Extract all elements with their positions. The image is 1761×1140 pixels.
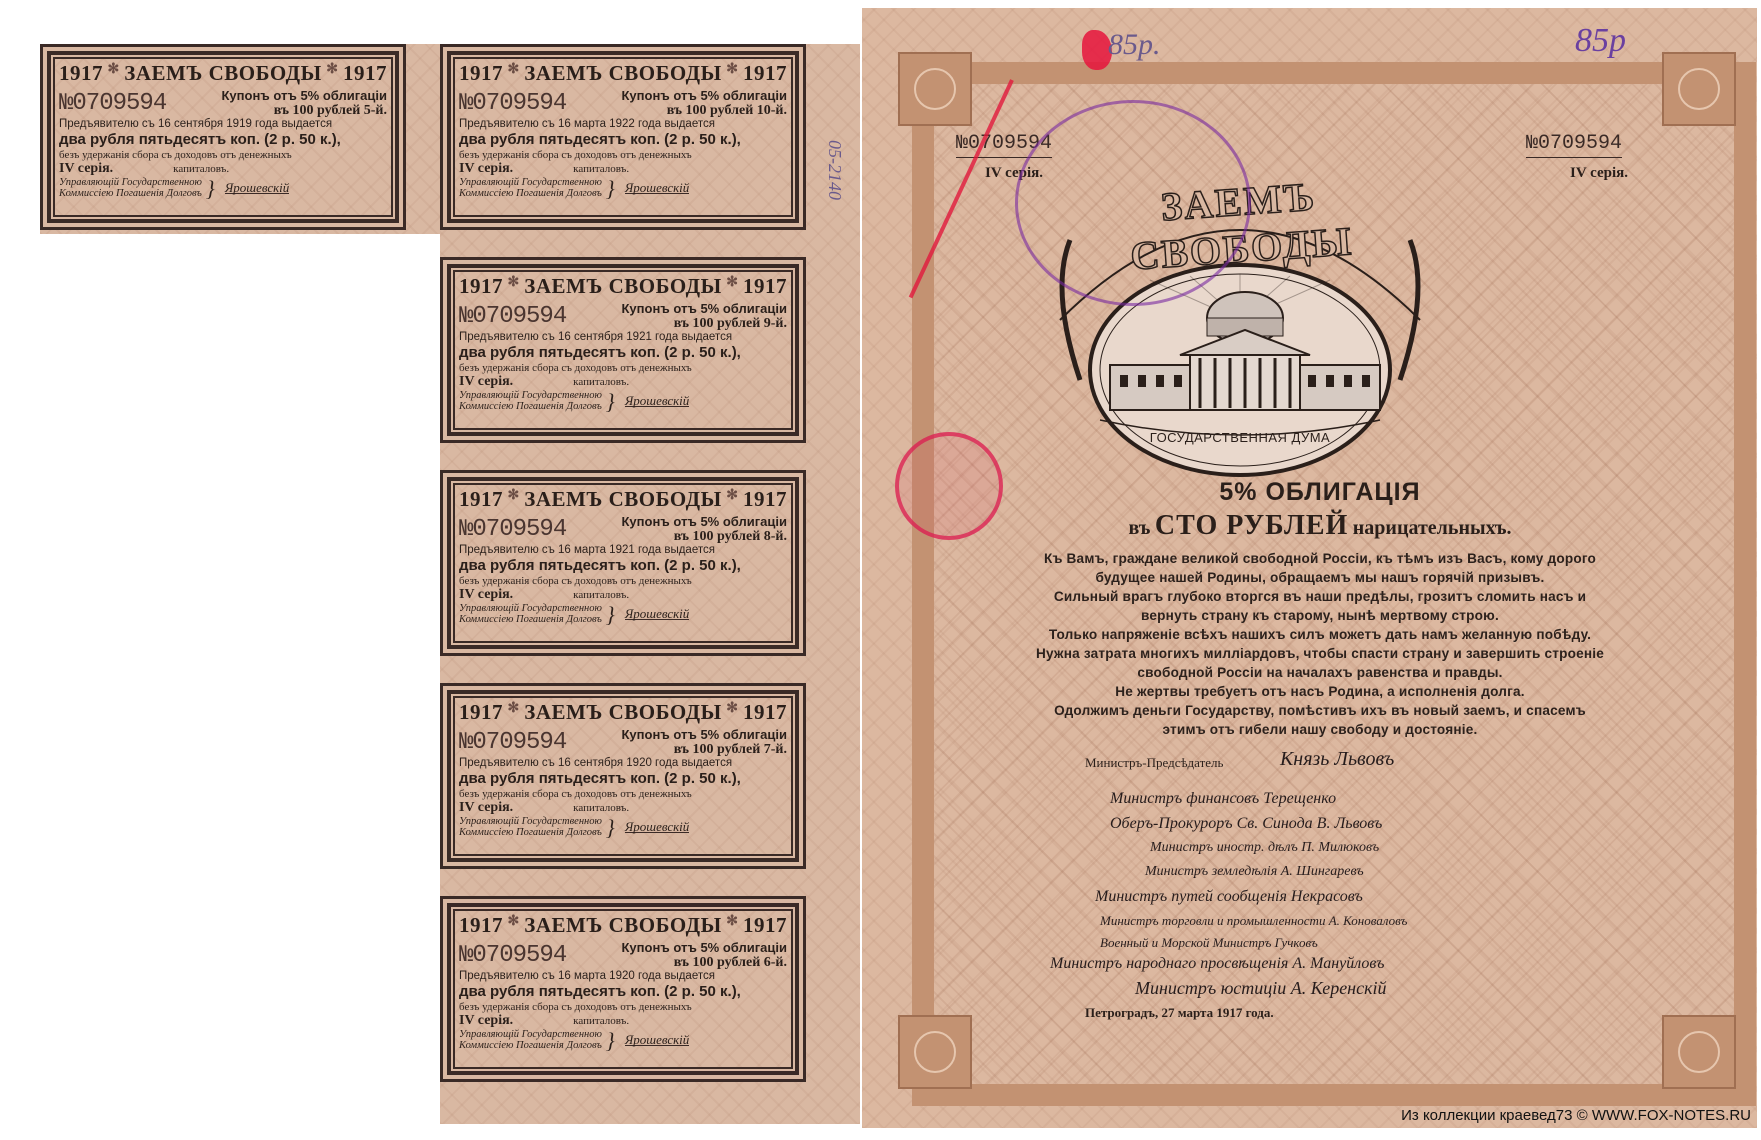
- coupon-loan-name: ЗАЕМЪ СВОБОДЫ: [524, 700, 722, 725]
- coupon-year: 1917: [459, 487, 503, 512]
- coupon-number-row: №0709594Купонъ отъ 5% облигаціивъ 100 ру…: [459, 301, 787, 331]
- red-seal-stamp: [895, 432, 1003, 540]
- coupon-body: 1917✻ЗАЕМЪ СВОБОДЫ✻1917№0709594Купонъ от…: [59, 61, 387, 213]
- minister-signature: Министръ путей сообщенія Некрасовъ: [1095, 888, 1363, 906]
- star-icon: ✻: [726, 274, 738, 299]
- coupon-loan-name: ЗАЕМЪ СВОБОДЫ: [524, 274, 722, 299]
- coupon-line: Купонъ отъ 5% облигаціи: [574, 301, 787, 316]
- pencil-side-mark: 05-2140: [824, 140, 845, 200]
- coupon-description: Купонъ отъ 5% облигаціивъ 100 рублей 7-й…: [574, 727, 787, 757]
- coupon: 1917✻ЗАЕМЪ СВОБОДЫ✻1917№0709594Купонъ от…: [40, 44, 406, 230]
- coupon-number-row: №0709594Купонъ отъ 5% облигаціивъ 100 ру…: [459, 88, 787, 118]
- frame-corner-ornament: [1662, 52, 1736, 126]
- coupon-line: Купонъ отъ 5% облигаціи: [574, 727, 787, 742]
- coupon: 1917✻ЗАЕМЪ СВОБОДЫ✻1917№0709594Купонъ от…: [440, 896, 806, 1082]
- star-icon: ✻: [726, 487, 738, 512]
- coupon-serial-number: №0709594: [59, 90, 166, 117]
- minister-signature: Министръ земледѣлія А. Шингаревъ: [1145, 864, 1364, 880]
- coupon-line: Купонъ отъ 5% облигаціи: [574, 88, 787, 103]
- coupon-manager: Управляющій ГосударственноюКоммиссіею По…: [459, 816, 787, 838]
- coupon-ordinal: въ 100 рублей 9-й.: [574, 316, 787, 331]
- chairman-signature: Князь Львовъ: [1280, 748, 1394, 771]
- coupon: 1917✻ЗАЕМЪ СВОБОДЫ✻1917№0709594Купонъ от…: [440, 257, 806, 443]
- coupon-serial-number: №0709594: [459, 942, 566, 969]
- star-icon: ✻: [508, 700, 520, 725]
- coupon-year: 1917: [743, 700, 787, 725]
- coupon-manager: Управляющій ГосударственноюКоммиссіею По…: [459, 390, 787, 412]
- coupon-serial-number: №0709594: [459, 90, 566, 117]
- coupon-tax-note: безъ удержанія сбора съ доходовъ отъ ден…: [459, 575, 787, 587]
- coupon-amount: два рубля пятьдесятъ коп. (2 р. 50 к.),: [459, 131, 787, 149]
- coupon-line: Купонъ отъ 5% облигаціи: [574, 514, 787, 529]
- coupon: 1917✻ЗАЕМЪ СВОБОДЫ✻1917№0709594Купонъ от…: [440, 470, 806, 656]
- brace-icon: }: [206, 183, 215, 194]
- coupon-body: 1917✻ЗАЕМЪ СВОБОДЫ✻1917№0709594Купонъ от…: [459, 700, 787, 852]
- coupon: 1917✻ЗАЕМЪ СВОБОДЫ✻1917№0709594Купонъ от…: [440, 44, 806, 230]
- coupon-year: 1917: [743, 913, 787, 938]
- brace-icon: }: [606, 183, 615, 194]
- coupon-description: Купонъ отъ 5% облигаціивъ 100 рублей 8-й…: [574, 514, 787, 544]
- manager-signature: Ярошевскій: [625, 821, 690, 833]
- minister-signature: Министръ юстиціи А. Керенскій: [1135, 978, 1387, 999]
- brace-icon: }: [606, 396, 615, 407]
- appeal-line: Нужна затрата многихъ милліардовъ, чтобы…: [935, 644, 1705, 663]
- denomination-main: СТО РУБЛЕЙ: [1155, 510, 1348, 541]
- coupon-description: Купонъ отъ 5% облигаціивъ 100 рублей 9-й…: [574, 301, 787, 331]
- coupon-year: 1917: [743, 61, 787, 86]
- coupon-year: 1917: [743, 487, 787, 512]
- coupon-serial-number: №0709594: [459, 729, 566, 756]
- appeal-line: этимъ отъ гибели нашу свободу и достояні…: [935, 720, 1705, 739]
- manager-title: Управляющій Государственною: [459, 1029, 602, 1040]
- coupon-description: Купонъ отъ 5% облигаціивъ 100 рублей 5-й…: [174, 88, 387, 118]
- pencil-price-mark: 85р.: [1108, 28, 1161, 62]
- star-icon: ✻: [726, 61, 738, 86]
- coupon-loan-name: ЗАЕМЪ СВОБОДЫ: [524, 913, 722, 938]
- coupon-ordinal: въ 100 рублей 7-й.: [574, 742, 787, 757]
- coupon-description: Купонъ отъ 5% облигаціивъ 100 рублей 6-й…: [574, 940, 787, 970]
- star-icon: ✻: [726, 913, 738, 938]
- coupon-series-row: IV серія.капиталовъ.: [59, 161, 387, 177]
- frame-corner-ornament: [898, 52, 972, 126]
- coupon-ordinal: въ 100 рублей 5-й.: [174, 103, 387, 118]
- manager-title: Коммиссіею Погашенія Долговъ: [59, 188, 202, 199]
- appeal-line: Сильный врагъ глубоко вторгся въ наши пр…: [935, 587, 1705, 606]
- coupon-title: 1917✻ЗАЕМЪ СВОБОДЫ✻1917: [59, 61, 387, 86]
- coupon-description: Купонъ отъ 5% облигаціивъ 100 рублей 10-…: [574, 88, 787, 118]
- manager-signature: Ярошевскій: [225, 182, 290, 194]
- coupon-series: IV серія.: [459, 161, 513, 177]
- manager-title: Коммиссіею Погашенія Долговъ: [459, 827, 602, 838]
- manager-title: Управляющій Государственною: [459, 177, 602, 188]
- appeal-line: Только напряженіе всѣхъ нашихъ силъ може…: [935, 625, 1705, 644]
- coupon-body: 1917✻ЗАЕМЪ СВОБОДЫ✻1917№0709594Купонъ от…: [459, 274, 787, 426]
- coupon-year: 1917: [59, 61, 103, 86]
- coupon-ordinal: въ 100 рублей 6-й.: [574, 955, 787, 970]
- purple-round-stamp: [1015, 100, 1251, 306]
- coupon-capital: капиталовъ.: [573, 802, 629, 814]
- bond-denomination: въ СТО РУБЛЕЙ нарицательныхъ.: [940, 510, 1700, 542]
- minister-signature: Министръ торговли и промышленности А. Ко…: [1100, 913, 1407, 929]
- coupon-year: 1917: [459, 913, 503, 938]
- coupon-capital: капиталовъ.: [573, 1015, 629, 1027]
- coupon-line: Купонъ отъ 5% облигаціи: [174, 88, 387, 103]
- coupon-bearer-date: Предъявителю съ 16 марта 1921 года выдае…: [459, 544, 787, 557]
- manager-signature: Ярошевскій: [625, 395, 690, 407]
- coupon-title: 1917✻ЗАЕМЪ СВОБОДЫ✻1917: [459, 700, 787, 725]
- appeal-line: Не жертвы требуетъ отъ насъ Родина, а ис…: [935, 682, 1705, 701]
- manager-title: Коммиссіею Погашенія Долговъ: [459, 1040, 602, 1051]
- coupon-serial-number: №0709594: [459, 516, 566, 543]
- coupon-series-row: IV серія.капиталовъ.: [459, 161, 787, 177]
- star-icon: ✻: [508, 61, 520, 86]
- coupon-capital: капиталовъ.: [573, 376, 629, 388]
- coupon-loan-name: ЗАЕМЪ СВОБОДЫ: [124, 61, 322, 86]
- coupon-manager: Управляющій ГосударственноюКоммиссіею По…: [459, 1029, 787, 1051]
- coupon-line: Купонъ отъ 5% облигаціи: [574, 940, 787, 955]
- coupon-bearer-date: Предъявителю съ 16 марта 1922 года выдае…: [459, 118, 787, 131]
- bond-appeal-text: Къ Вамъ, граждане великой свободной Росс…: [935, 549, 1705, 739]
- bond-series-right: IV серія.: [1570, 165, 1628, 182]
- coupon-year: 1917: [459, 274, 503, 299]
- place-and-date: Петроградъ, 27 марта 1917 года.: [1085, 1005, 1274, 1021]
- minister-signature: Министръ народнаго просвѣщенія А. Мануйл…: [1050, 955, 1384, 973]
- coupon-number-row: №0709594Купонъ отъ 5% облигаціивъ 100 ру…: [59, 88, 387, 118]
- denomination-suffix: нарицательныхъ.: [1353, 517, 1512, 539]
- coupon-amount: два рубля пятьдесятъ коп. (2 р. 50 к.),: [459, 344, 787, 362]
- coupon-bearer-date: Предъявителю съ 16 сентября 1920 года вы…: [459, 757, 787, 770]
- coupon-amount: два рубля пятьдесятъ коп. (2 р. 50 к.),: [459, 983, 787, 1001]
- collection-watermark: Из коллекции краевед73 © WWW.FOX-NOTES.R…: [1401, 1107, 1751, 1124]
- coupon-serial-number: №0709594: [459, 303, 566, 330]
- coupon-series-row: IV серія.капиталовъ.: [459, 374, 787, 390]
- coupon-capital: капиталовъ.: [573, 163, 629, 175]
- coupon-series-row: IV серія.капиталовъ.: [459, 587, 787, 603]
- coupon-ordinal: въ 100 рублей 8-й.: [574, 529, 787, 544]
- manager-title: Управляющій Государственною: [459, 816, 602, 827]
- manager-signature: Ярошевскій: [625, 608, 690, 620]
- coupon-body: 1917✻ЗАЕМЪ СВОБОДЫ✻1917№0709594Купонъ от…: [459, 61, 787, 213]
- coupon-series: IV серія.: [459, 587, 513, 603]
- manager-title: Управляющій Государственною: [59, 177, 202, 188]
- appeal-line: Къ Вамъ, граждане великой свободной Росс…: [935, 549, 1705, 568]
- star-icon: ✻: [508, 487, 520, 512]
- coupon-tax-note: безъ удержанія сбора съ доходовъ отъ ден…: [59, 149, 387, 161]
- pencil-price-mark: 85р: [1575, 22, 1626, 60]
- minister-signature: Министръ иностр. дѣлъ П. Милюковъ: [1150, 840, 1379, 856]
- coupon-manager: Управляющій ГосударственноюКоммиссіею По…: [459, 603, 787, 625]
- brace-icon: }: [606, 609, 615, 620]
- coupon-title: 1917✻ЗАЕМЪ СВОБОДЫ✻1917: [459, 487, 787, 512]
- coupon-amount: два рубля пятьдесятъ коп. (2 р. 50 к.),: [459, 770, 787, 788]
- coupon-title: 1917✻ЗАЕМЪ СВОБОДЫ✻1917: [459, 274, 787, 299]
- coupon-series: IV серія.: [59, 161, 113, 177]
- coupon-year: 1917: [343, 61, 387, 86]
- manager-title: Коммиссіею Погашенія Долговъ: [459, 614, 602, 625]
- appeal-line: вернуть страну къ старому, нынѣ мертвому…: [935, 606, 1705, 625]
- coupon-number-row: №0709594Купонъ отъ 5% облигаціивъ 100 ру…: [459, 727, 787, 757]
- coupon-ordinal: въ 100 рублей 10-й.: [574, 103, 787, 118]
- star-icon: ✻: [326, 61, 338, 86]
- coupon-amount: два рубля пятьдесятъ коп. (2 р. 50 к.),: [459, 557, 787, 575]
- appeal-line: свободной Россіи на началахъ равенства и…: [935, 663, 1705, 682]
- coupon-body: 1917✻ЗАЕМЪ СВОБОДЫ✻1917№0709594Купонъ от…: [459, 487, 787, 639]
- frame-corner-ornament: [1662, 1015, 1736, 1089]
- manager-title: Управляющій Государственною: [459, 390, 602, 401]
- minister-signature: Военный и Морской Министръ Гучковъ: [1100, 935, 1318, 951]
- coupon-year: 1917: [459, 61, 503, 86]
- coupon-series-row: IV серія.капиталовъ.: [459, 1013, 787, 1029]
- frame-corner-ornament: [898, 1015, 972, 1089]
- appeal-line: Одолжимъ деньги Государству, помѣстивъ и…: [935, 701, 1705, 720]
- coupon-series: IV серія.: [459, 800, 513, 816]
- minister-signature: Оберъ-Прокуроръ Св. Синода В. Львовъ: [1110, 815, 1382, 833]
- coupon-tax-note: безъ удержанія сбора съ доходовъ отъ ден…: [459, 149, 787, 161]
- coupon-capital: капиталовъ.: [573, 589, 629, 601]
- vignette-caption: ГОСУДАРСТВЕННАЯ ДУМА: [1140, 430, 1340, 445]
- coupon-series: IV серія.: [459, 374, 513, 390]
- star-icon: ✻: [726, 700, 738, 725]
- appeal-line: будущее нашей Родины, обращаемъ мы нашъ …: [935, 568, 1705, 587]
- star-icon: ✻: [108, 61, 120, 86]
- coupon: 1917✻ЗАЕМЪ СВОБОДЫ✻1917№0709594Купонъ от…: [440, 683, 806, 869]
- coupon-loan-name: ЗАЕМЪ СВОБОДЫ: [524, 61, 722, 86]
- manager-title: Коммиссіею Погашенія Долговъ: [459, 401, 602, 412]
- manager-title: Коммиссіею Погашенія Долговъ: [459, 188, 602, 199]
- coupon-bearer-date: Предъявителю съ 16 марта 1920 года выдае…: [459, 970, 787, 983]
- coupon-tax-note: безъ удержанія сбора съ доходовъ отъ ден…: [459, 362, 787, 374]
- bond-number-right: №0709594: [1526, 132, 1622, 158]
- brace-icon: }: [606, 822, 615, 833]
- brace-icon: }: [606, 1035, 615, 1046]
- coupon-bearer-date: Предъявителю съ 16 сентября 1921 года вы…: [459, 331, 787, 344]
- coupon-title: 1917✻ЗАЕМЪ СВОБОДЫ✻1917: [459, 913, 787, 938]
- star-icon: ✻: [508, 274, 520, 299]
- coupon-manager: Управляющій ГосударственноюКоммиссіею По…: [459, 177, 787, 199]
- manager-signature: Ярошевскій: [625, 182, 690, 194]
- denomination-prefix: въ: [1129, 517, 1151, 539]
- coupon-tax-note: безъ удержанія сбора съ доходовъ отъ ден…: [459, 788, 787, 800]
- coupon-bearer-date: Предъявителю съ 16 сентября 1919 года вы…: [59, 118, 387, 131]
- coupon-tax-note: безъ удержанія сбора съ доходовъ отъ ден…: [459, 1001, 787, 1013]
- bond-heading: 5% ОБЛИГАЦІЯ: [940, 478, 1700, 507]
- manager-signature: Ярошевскій: [625, 1034, 690, 1046]
- coupon-body: 1917✻ЗАЕМЪ СВОБОДЫ✻1917№0709594Купонъ от…: [459, 913, 787, 1065]
- coupon-year: 1917: [743, 274, 787, 299]
- coupon-manager: Управляющій ГосударственноюКоммиссіею По…: [59, 177, 387, 199]
- coupon-series: IV серія.: [459, 1013, 513, 1029]
- coupon-year: 1917: [459, 700, 503, 725]
- minister-signature: Министръ финансовъ Терещенко: [1110, 790, 1336, 808]
- coupon-number-row: №0709594Купонъ отъ 5% облигаціивъ 100 ру…: [459, 940, 787, 970]
- coupon-loan-name: ЗАЕМЪ СВОБОДЫ: [524, 487, 722, 512]
- coupon-series-row: IV серія.капиталовъ.: [459, 800, 787, 816]
- coupon-capital: капиталовъ.: [173, 163, 229, 175]
- coupon-amount: два рубля пятьдесятъ коп. (2 р. 50 к.),: [59, 131, 387, 149]
- manager-title: Управляющій Государственною: [459, 603, 602, 614]
- coupon-title: 1917✻ЗАЕМЪ СВОБОДЫ✻1917: [459, 61, 787, 86]
- chairman-label: Министръ-Предсѣдатель: [1085, 755, 1223, 771]
- star-icon: ✻: [508, 913, 520, 938]
- coupon-number-row: №0709594Купонъ отъ 5% облигаціивъ 100 ру…: [459, 514, 787, 544]
